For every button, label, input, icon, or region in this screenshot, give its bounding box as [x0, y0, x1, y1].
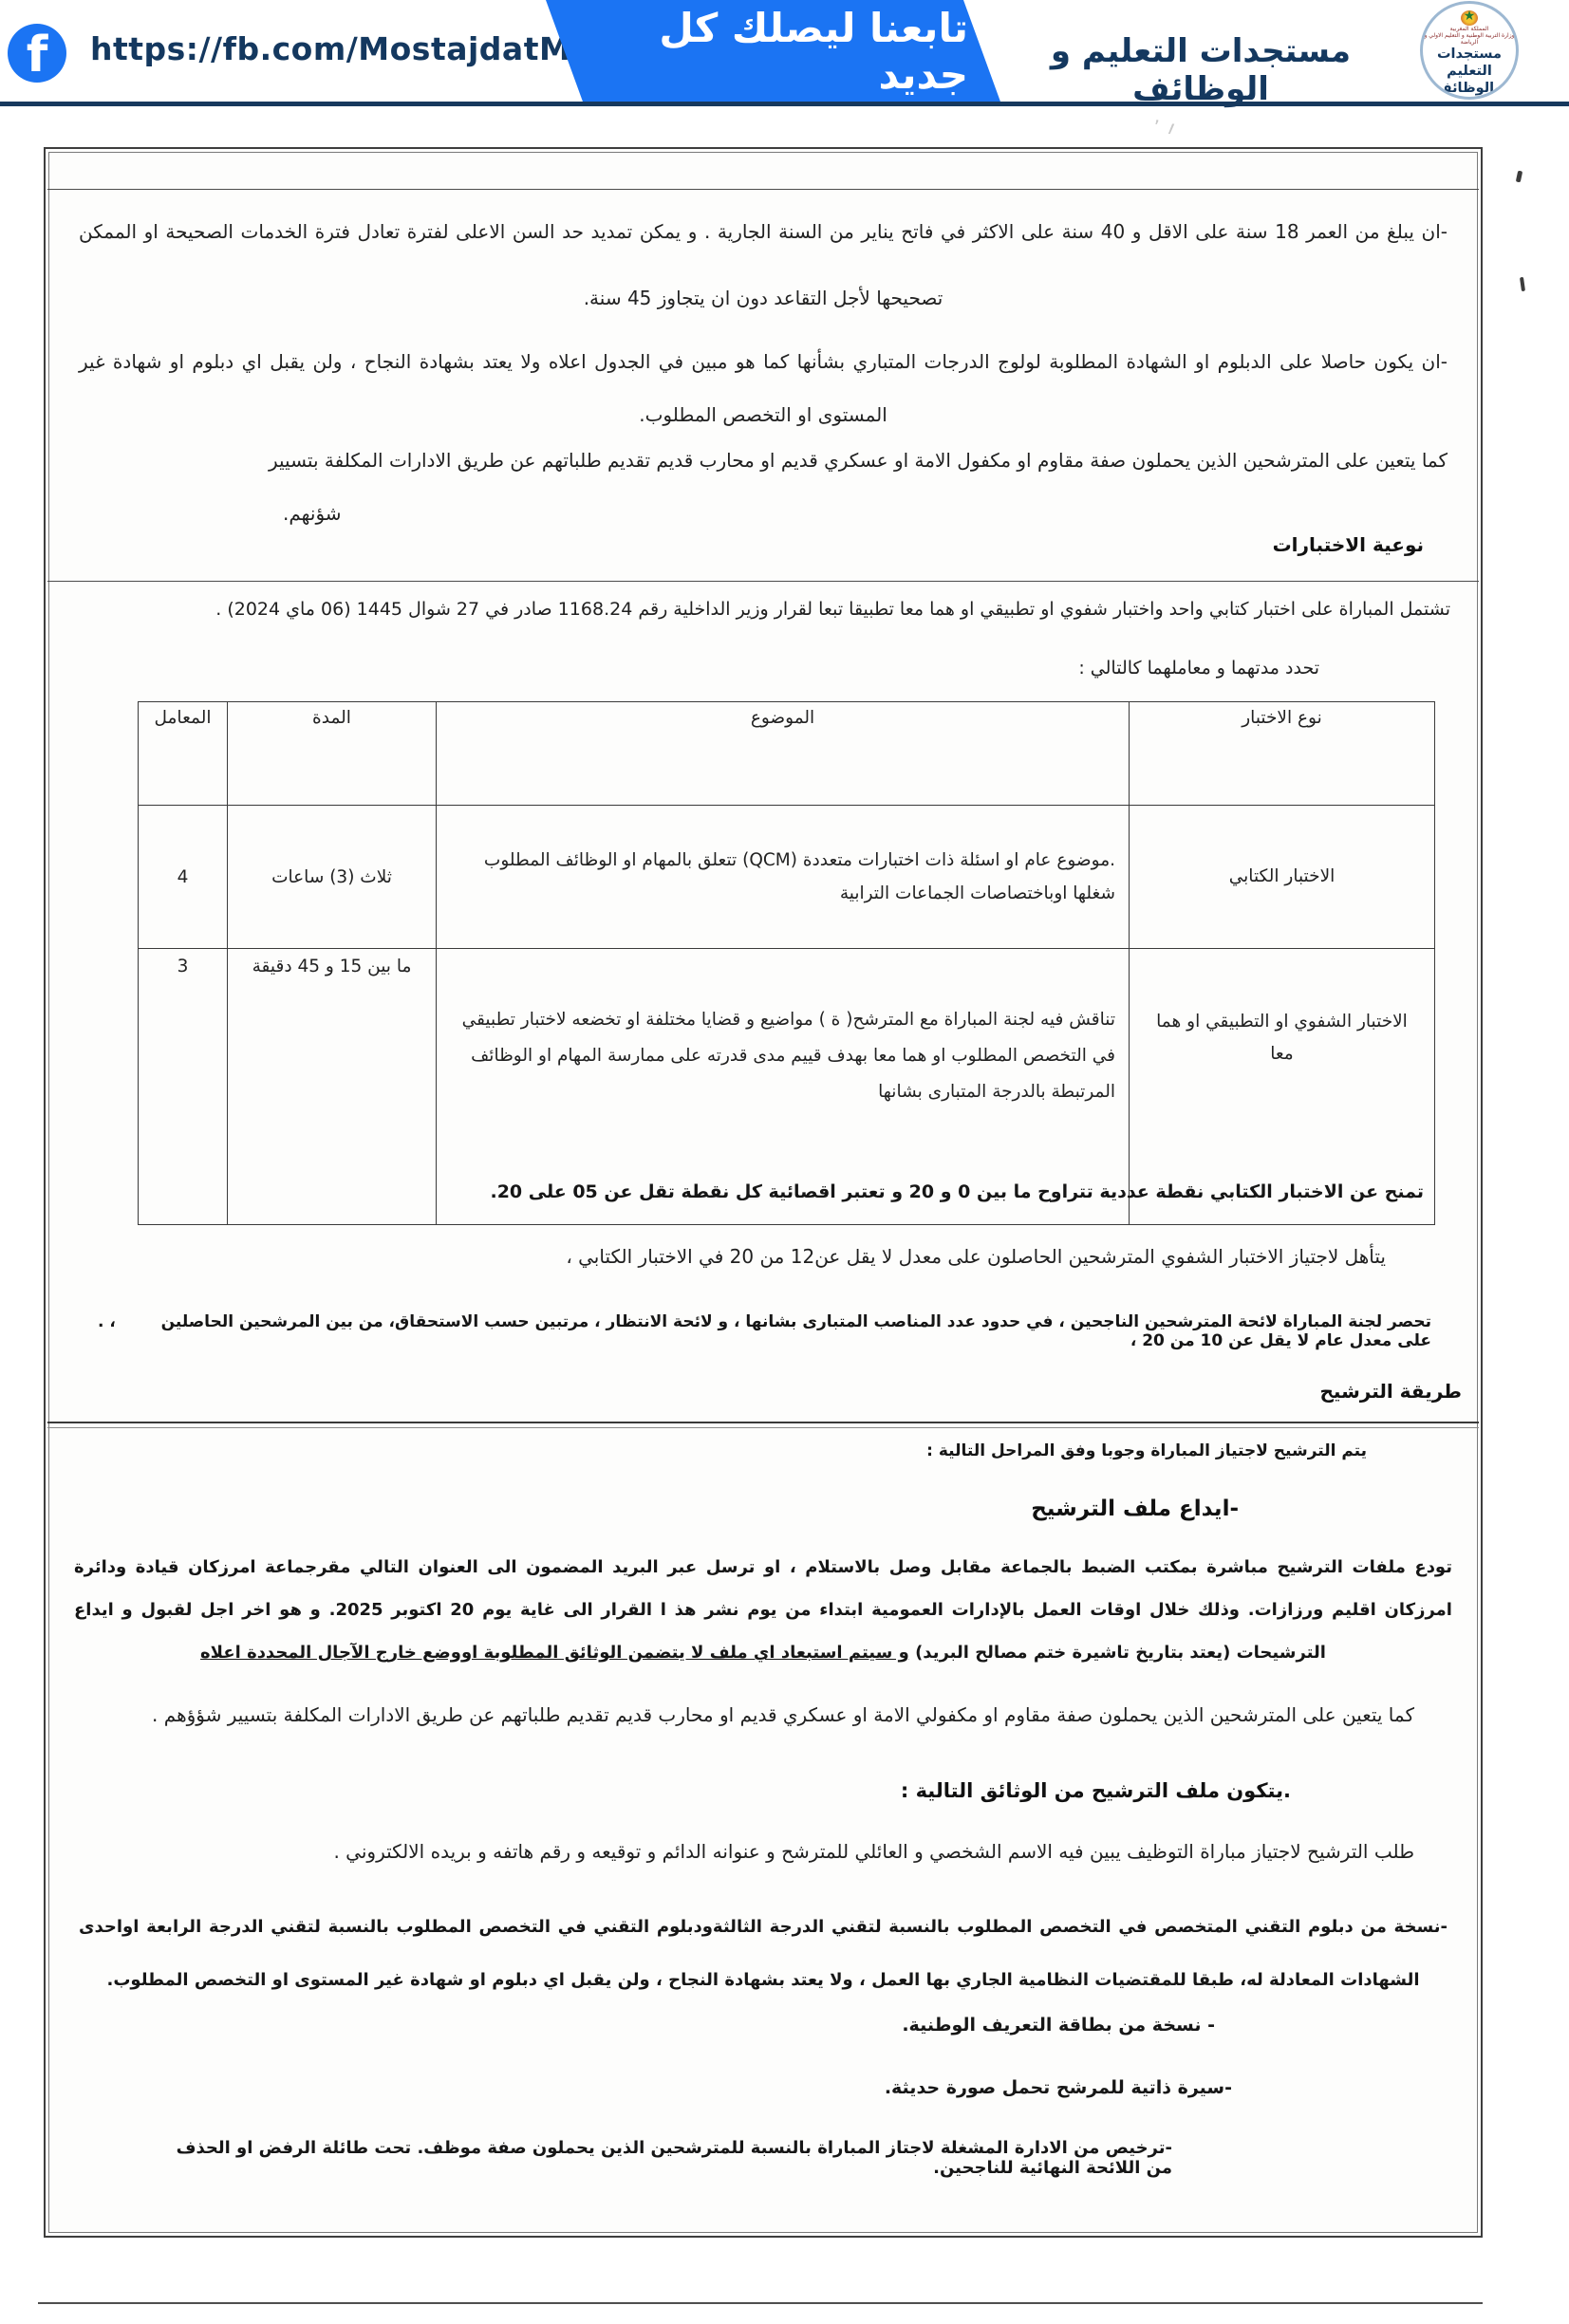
paragraph-winners-list: تحصر لجنة المباراة لائحة المترشحين الناج…: [136, 1312, 1431, 1350]
paragraph-national-id-copy: - نسخة من بطاقة التعريف الوطنية.: [902, 2015, 1215, 2036]
page-header: f https://fb.com/MostajdatMaroc تابعنا ل…: [0, 0, 1569, 106]
heading-application-method: طريقة الترشيح: [1320, 1380, 1463, 1403]
header-divider: [0, 102, 1569, 106]
cell-written-subject: .موضوع عام او اسئلة ذات اختبارات متعددة …: [437, 806, 1130, 949]
facebook-icon[interactable]: f: [8, 24, 66, 83]
site-logo: ★ المملكة المغربية وزارة التربية الوطنية…: [1420, 1, 1519, 100]
paragraph-stages-intro: يتم الترشيح لاجتياز المباراة وجوبا وفق ا…: [926, 1441, 1367, 1460]
deposit-part1: تودع ملفات الترشيح مباشرة بمكتب الضبط با…: [350, 1557, 1452, 1577]
scan-smudge: ؍ ٬: [1092, 116, 1177, 140]
follow-banner-text: تابعنا ليصلك كل جديد: [570, 0, 968, 102]
col-header-duration: المدة: [228, 702, 437, 806]
cell-written-coefficient: 4: [139, 806, 228, 949]
veterans-line2: شؤنهم.: [79, 487, 1448, 540]
cell-written-duration: ثلاث (3) ساعات: [228, 806, 437, 949]
exam-table-header-row: نوع الاختبار الموضوع المدة المعامل: [139, 702, 1435, 806]
page-brand-title: مستجدات التعليم و الوظائف: [1025, 32, 1376, 108]
logo-country-text: المملكة المغربية: [1450, 26, 1489, 32]
scan-artifact: [1516, 171, 1522, 183]
col-header-test-type: نوع الاختبار: [1130, 702, 1435, 806]
cell-written-type: الاختبار الكتابي: [1130, 806, 1435, 949]
paragraph-exam-description: تشتمل المباراة على اختبار كتابي واحد واخ…: [74, 599, 1450, 620]
deposit-part2: وذلك خلال اوقات العمل بالإدارات العمومية…: [474, 1600, 1247, 1620]
table-row-written-test: الاختبار الكتابي .موضوع عام او اسئلة ذات…: [139, 806, 1435, 949]
paragraph-deposit-details: تودع ملفات الترشيح مباشرة بمكتب الضبط با…: [74, 1546, 1452, 1674]
heading-required-documents: .يتكون ملف الترشيح من الوثائق التالية :: [901, 1779, 1291, 1802]
page: { "header": { "fb_url": "https://fb.com/…: [0, 0, 1569, 2324]
method-section-rule: [47, 1422, 1479, 1428]
veterans-line1: كما يتعين على المترشحين الذين يحملون صفة…: [79, 434, 1448, 487]
heading-test-types: نوعية الاختبارات: [1273, 533, 1424, 556]
paragraph-diploma-copy: -نسخة من دبلوم التقني المتخصص في التخصص …: [79, 1901, 1448, 2007]
logo-ministry-text: وزارة التربية الوطنية و التعليم الاولي و…: [1423, 32, 1516, 46]
paragraph-veterans-second: كما يتعين على المترشحين الذين يحملون صفة…: [103, 1703, 1414, 1726]
paragraph-written-score: تمنح عن الاختبار الكتابي نقطة عددية تترا…: [84, 1181, 1424, 1202]
exam-table: نوع الاختبار الموضوع المدة المعامل الاخت…: [139, 701, 1435, 1225]
col-header-subject: الموضوع: [437, 702, 1130, 806]
deposit-deadline-date: 20 اكتوبر 2025.: [329, 1600, 475, 1620]
heading-file-deposit: -ايداع ملف الترشيح: [1031, 1497, 1239, 1521]
scanned-document-frame: -ان يبلغ من العمر 18 سنة على الاقل و 40 …: [44, 147, 1483, 2238]
top-rule: [47, 189, 1479, 190]
morocco-emblem-icon: ★: [1457, 9, 1482, 25]
next-section-rule: [38, 2302, 1483, 2304]
logo-brand-line2: والوظائف: [1436, 80, 1503, 97]
paragraph-diploma-condition: -ان يكون حاصلا على الدبلوم او الشهادة ال…: [79, 335, 1448, 441]
scan-artifact: [1520, 277, 1525, 291]
section-rule: [47, 581, 1479, 582]
paragraph-age-condition: -ان يبلغ من العمر 18 سنة على الاقل و 40 …: [79, 198, 1448, 331]
paragraph-cv: -سيرة ذاتية للمرشح تحمل صورة حديثة.: [885, 2077, 1232, 2098]
deposit-warning: و سيتم استبعاد اي ملف لا يتضمن الوثائق ا…: [200, 1643, 909, 1663]
logo-brand-line1: مستجدات التعليم: [1423, 46, 1516, 80]
winners-list-end-mark: ، .: [98, 1312, 116, 1331]
paragraph-veterans-first: كما يتعين على المترشحين الذين يحملون صفة…: [79, 434, 1448, 540]
paragraph-application-request: طلب الترشيح لاجتياز مباراة التوظيف يبين …: [103, 1840, 1414, 1863]
col-header-coefficient: المعامل: [139, 702, 228, 806]
paragraph-oral-qualification: يتأهل لاجتياز الاختبار الشفوي المترشحين …: [84, 1245, 1386, 1268]
paragraph-employer-authorization: -ترخيص من الادارة المشغلة لاجتاز المبارا…: [159, 2138, 1172, 2178]
paragraph-table-intro: تحدد مدتهما و معاملهما كالتالي :: [1078, 658, 1319, 679]
